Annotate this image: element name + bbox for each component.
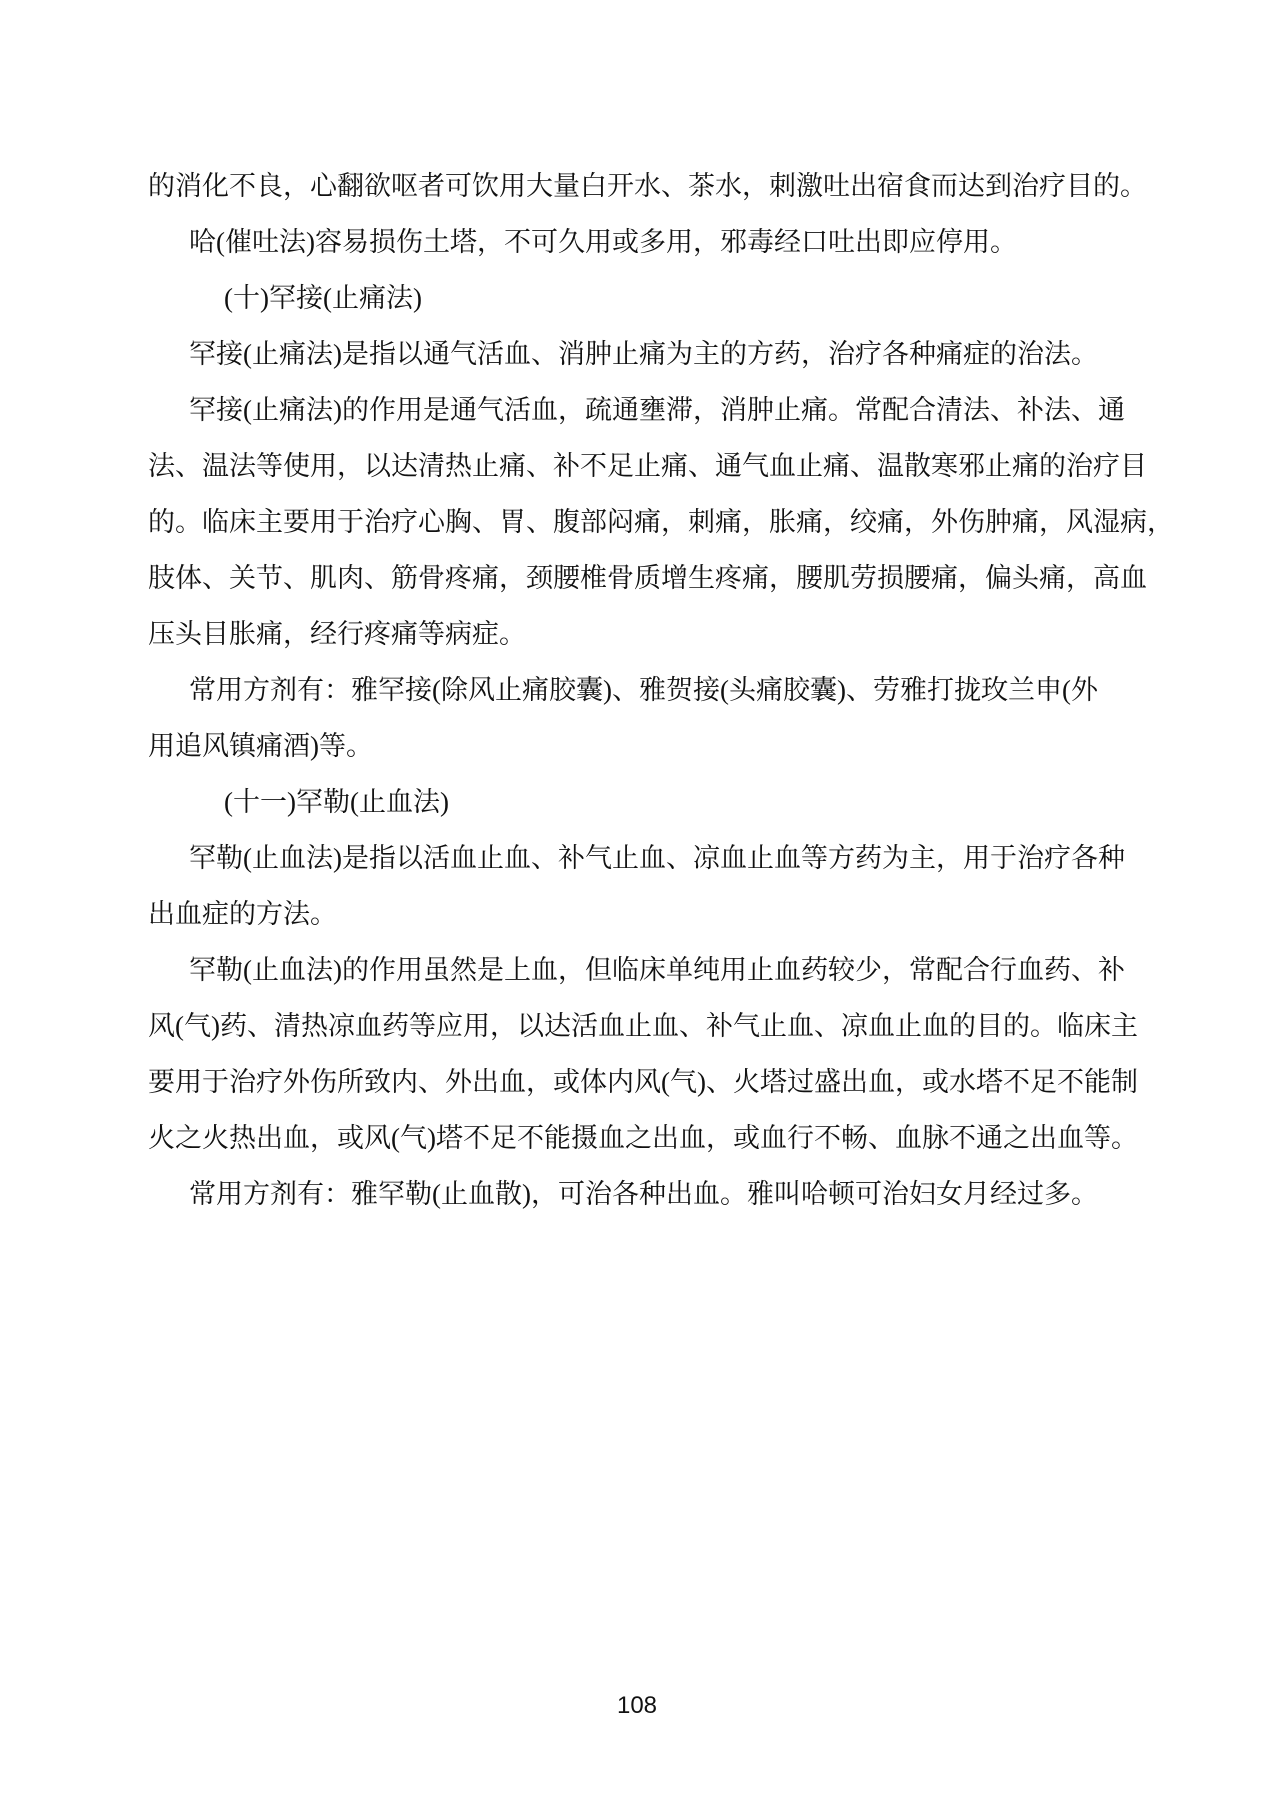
text-line: 的消化不良，心翻欲呕者可饮用大量白开水、茶水，刺激吐出宿食而达到治疗目的。 xyxy=(148,158,1128,214)
text-line: 常用方剂有：雅罕接(除风止痛胶囊)、雅贺接(头痛胶囊)、劳雅打拢玫兰申(外 xyxy=(148,662,1128,718)
section-heading: (十)罕接(止痛法) xyxy=(148,270,1128,326)
text-line: 常用方剂有：雅罕勒(止血散)，可治各种出血。雅叫哈顿可治妇女月经过多。 xyxy=(148,1166,1128,1222)
text-line: 要用于治疗外伤所致内、外出血，或体内风(气)、火塔过盛出血，或水塔不足不能制 xyxy=(148,1054,1128,1110)
text-line: 用追风镇痛酒)等。 xyxy=(148,718,1128,774)
text-line: 哈(催吐法)容易损伤土塔，不可久用或多用，邪毒经口吐出即应停用。 xyxy=(148,214,1128,270)
text-line: 罕勒(止血法)是指以活血止血、补气止血、凉血止血等方药为主，用于治疗各种 xyxy=(148,830,1128,886)
text-line: 出血症的方法。 xyxy=(148,886,1128,942)
text-line: 罕接(止痛法)是指以通气活血、消肿止痛为主的方药，治疗各种痛症的治法。 xyxy=(148,326,1128,382)
text-line: 的。临床主要用于治疗心胸、胃、腹部闷痛，刺痛，胀痛，绞痛，外伤肿痛，风湿病， xyxy=(148,494,1128,550)
page-number: 108 xyxy=(0,1692,1274,1720)
text-line: 风(气)药、清热凉血药等应用，以达活血止血、补气止血、凉血止血的目的。临床主 xyxy=(148,998,1128,1054)
text-line: 法、温法等使用，以达清热止痛、补不足止痛、通气血止痛、温散寒邪止痛的治疗目 xyxy=(148,438,1128,494)
text-line: 压头目胀痛，经行疼痛等病症。 xyxy=(148,606,1128,662)
section-heading: (十一)罕勒(止血法) xyxy=(148,774,1128,830)
text-line: 罕接(止痛法)的作用是通气活血，疏通壅滞，消肿止痛。常配合清法、补法、通 xyxy=(148,382,1128,438)
document-page: 的消化不良，心翻欲呕者可饮用大量白开水、茶水，刺激吐出宿食而达到治疗目的。哈(催… xyxy=(0,0,1274,1801)
text-line: 肢体、关节、肌肉、筋骨疼痛，颈腰椎骨质增生疼痛，腰肌劳损腰痛，偏头痛，高血 xyxy=(148,550,1128,606)
text-line: 火之火热出血，或风(气)塔不足不能摄血之出血，或血行不畅、血脉不通之出血等。 xyxy=(148,1110,1128,1166)
text-line: 罕勒(止血法)的作用虽然是上血，但临床单纯用止血药较少，常配合行血药、补 xyxy=(148,942,1128,998)
text-block: 的消化不良，心翻欲呕者可饮用大量白开水、茶水，刺激吐出宿食而达到治疗目的。哈(催… xyxy=(148,158,1128,1222)
